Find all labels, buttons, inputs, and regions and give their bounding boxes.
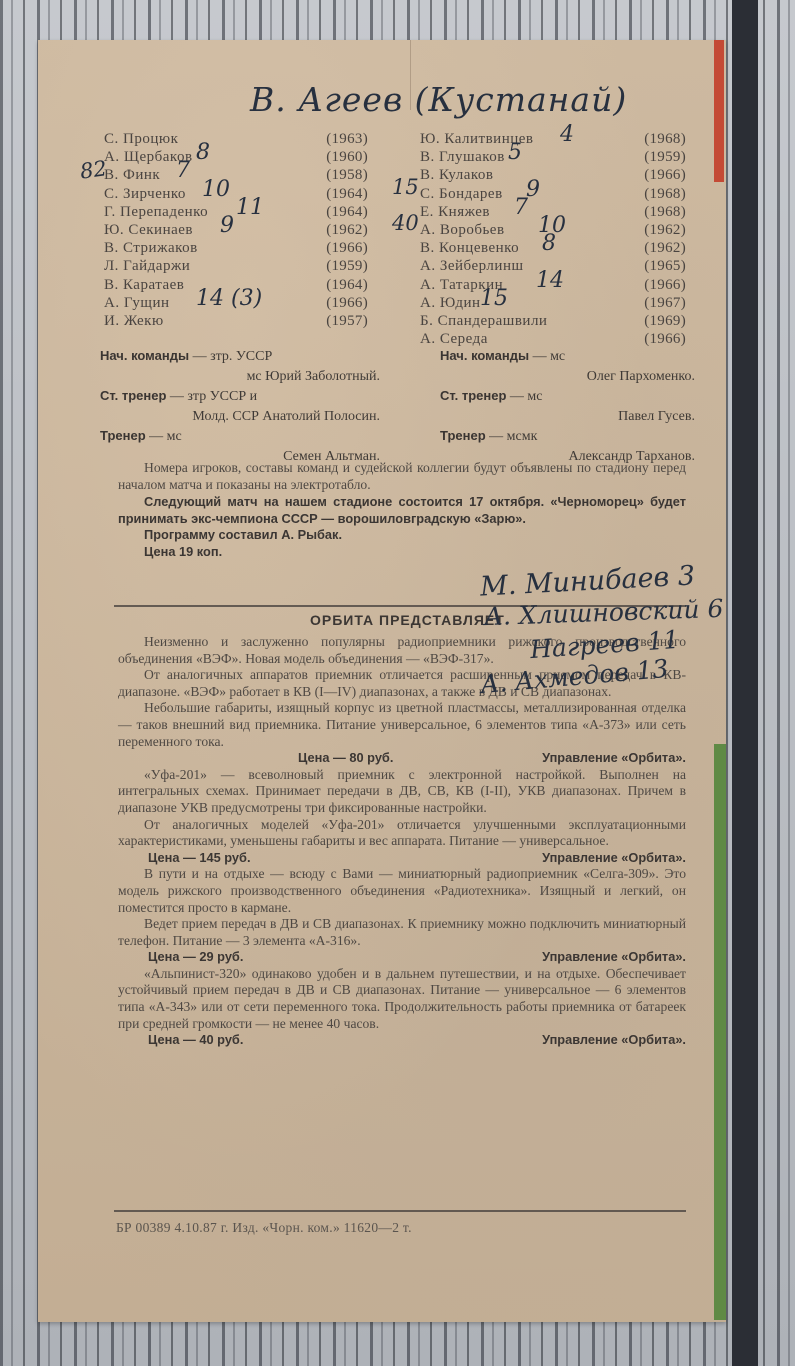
handwritten-shirt-number: 11 — [236, 195, 264, 220]
ad-section-title: ОРБИТА ПРЕДСТАВЛЯЕТ — [310, 612, 505, 628]
price-line-ufa: Цена — 145 руб. Управление «Орбита». — [118, 850, 686, 867]
handwritten-shirt-number: 14 (3) — [196, 286, 262, 311]
price: Цена — 145 руб. — [148, 850, 251, 867]
player-row: А. Щербаков(1960) — [104, 148, 368, 166]
player-row: В. Кулаков(1966) — [420, 166, 686, 184]
handwritten-shirt-number: 5 — [508, 140, 522, 165]
title: мс — [167, 429, 182, 444]
handwritten-header: В. Агеев (Кустанай) — [250, 80, 627, 119]
player-birth-year: (1959) — [644, 148, 686, 166]
title: зтр. УССР — [210, 349, 272, 364]
dash: — — [149, 429, 163, 444]
dash: — — [510, 389, 524, 404]
player-name: А. Юдин — [420, 294, 644, 312]
player-birth-year: (1966) — [644, 166, 686, 184]
player-birth-year: (1968) — [644, 203, 686, 221]
footer-rule — [114, 1210, 686, 1212]
role: Ст. тренер — [100, 388, 166, 403]
handwritten-shirt-number: 10 — [202, 177, 230, 202]
player-birth-year: (1966) — [326, 294, 368, 312]
handwritten-shirt-number: 14 — [536, 268, 564, 293]
person: Олег Пархоменко. — [440, 367, 695, 387]
player-birth-year: (1963) — [326, 130, 368, 148]
player-birth-year: (1958) — [326, 166, 368, 184]
player-name: А. Щербаков — [104, 148, 326, 166]
handwritten-shirt-number: 7 — [514, 195, 528, 220]
handwritten-shirt-number: 9 — [526, 177, 540, 202]
player-name: Е. Княжев — [420, 203, 644, 221]
player-name: Ю. Секинаев — [104, 221, 326, 239]
player-birth-year: (1967) — [644, 294, 686, 312]
handwritten-shirt-number: 4 — [560, 122, 574, 147]
ad-section-body: Неизменно и заслуженно популярны радиопр… — [118, 634, 686, 1049]
player-row: Ю. Секинаев(1962) — [104, 221, 368, 239]
programme-price: Цена 19 коп. — [118, 544, 686, 561]
printer-imprint: БР 00389 4.10.87 г. Изд. «Чорн. ком.» 11… — [116, 1220, 412, 1236]
dash: — — [193, 349, 207, 364]
player-birth-year: (1966) — [644, 276, 686, 294]
seller: Управление «Орбита». — [542, 949, 686, 966]
player-birth-year: (1966) — [326, 239, 368, 257]
price-line-alpinist: Цена — 40 руб. Управление «Орбита». — [118, 1032, 686, 1049]
price: Цена — 29 руб. — [148, 949, 243, 966]
player-birth-year: (1957) — [326, 312, 368, 330]
player-birth-year: (1964) — [326, 276, 368, 294]
ad-paragraph: «Альпинист-320» одинаково удобен и в дал… — [118, 966, 686, 1032]
ad-paragraph: «Уфа-201» — всеволновый приемник с элект… — [118, 767, 686, 817]
player-name: Л. Гайдаржи — [104, 257, 326, 275]
price: Цена — 40 руб. — [148, 1032, 243, 1049]
handwritten-shirt-number: 9 — [220, 213, 234, 238]
title: мсмк — [507, 429, 538, 444]
ad-paragraph: Ведет прием передач в ДВ и СВ диапазонах… — [118, 916, 686, 949]
player-row: В. Глушаков(1959) — [420, 148, 686, 166]
person: Павел Гусев. — [440, 407, 695, 427]
person: Молд. ССР Анатолий Полосин. — [88, 407, 380, 427]
seller: Управление «Орбита». — [542, 850, 686, 867]
staff-right-team: Нач. команды — мс Олег Пархоменко. Ст. т… — [440, 346, 695, 466]
player-birth-year: (1960) — [326, 148, 368, 166]
handwritten-shirt-number: 8 — [542, 231, 556, 256]
title: мс — [527, 389, 542, 404]
handwritten-shirt-number: 7 — [176, 158, 190, 183]
player-row: С. Бондарев(1968) — [420, 185, 686, 203]
role: Ст. тренер — [440, 388, 506, 403]
player-birth-year: (1968) — [644, 130, 686, 148]
seller: Управление «Орбита». — [542, 750, 686, 767]
ad-paragraph: От аналогичных моделей «Уфа-201» отличае… — [118, 817, 686, 850]
player-birth-year: (1962) — [644, 221, 686, 239]
player-birth-year: (1964) — [326, 185, 368, 203]
player-row: Б. Спандерашвили(1969) — [420, 312, 686, 330]
player-name: А. Воробьев — [420, 221, 644, 239]
seller: Управление «Орбита». — [542, 1032, 686, 1049]
next-match-text: Следующий матч на нашем стадионе состоит… — [118, 494, 686, 527]
dash: — — [533, 349, 547, 364]
price-line-selga: Цена — 29 руб. Управление «Орбита». — [118, 949, 686, 966]
player-row: В. Стрижаков(1966) — [104, 239, 368, 257]
player-name: Ю. Калитвинцев — [420, 130, 644, 148]
player-name: А. Зейберлинш — [420, 257, 644, 275]
ad-paragraph: В пути и на отдыхе — всюду с Вами — мини… — [118, 866, 686, 916]
player-name: Б. Спандерашвили — [420, 312, 644, 330]
player-birth-year: (1959) — [326, 257, 368, 275]
player-name: В. Глушаков — [420, 148, 644, 166]
player-name: В. Стрижаков — [104, 239, 326, 257]
handwritten-shirt-number: 15 — [480, 286, 508, 311]
person: мс Юрий Заболотный. — [100, 367, 380, 387]
role: Нач. команды — [100, 348, 189, 363]
role: Нач. команды — [440, 348, 529, 363]
player-row: В. Финк(1958) — [104, 166, 368, 184]
dash: — — [489, 429, 503, 444]
price: Цена — 80 руб. — [298, 750, 393, 767]
announcements-block: Номера игроков, составы команд и судейск… — [118, 460, 686, 561]
compiled-by: Программу составил А. Рыбак. — [118, 527, 686, 544]
staff-left-team: Нач. команды — зтр. УССР мс Юрий Заболот… — [100, 346, 380, 466]
title: мс — [550, 349, 565, 364]
title: зтр УССР и — [187, 389, 257, 404]
green-edge-strip — [714, 744, 726, 1320]
player-row: Л. Гайдаржи(1959) — [104, 257, 368, 275]
ad-paragraph: Небольшие габариты, изящный корпус из цв… — [118, 700, 686, 750]
player-birth-year: (1968) — [644, 185, 686, 203]
price-line-vef: Цена — 80 руб. Управление «Орбита». — [118, 750, 686, 767]
player-birth-year: (1962) — [326, 221, 368, 239]
player-name: С. Процюк — [104, 130, 326, 148]
red-edge-strip — [714, 40, 724, 182]
player-birth-year: (1969) — [644, 312, 686, 330]
handwritten-margin-number: 15 — [392, 175, 419, 199]
role: Тренер — [440, 428, 486, 443]
role: Тренер — [100, 428, 146, 443]
background-dark-band — [732, 0, 758, 1366]
player-row: С. Процюк(1963) — [104, 130, 368, 148]
player-name: И. Жекю — [104, 312, 326, 330]
margin-note-82: 82 — [78, 156, 108, 183]
player-birth-year: (1964) — [326, 203, 368, 221]
handwritten-shirt-number: 8 — [196, 140, 210, 165]
player-row: А. Юдин(1967) — [420, 294, 686, 312]
player-name: В. Концевенко — [420, 239, 644, 257]
player-birth-year: (1965) — [644, 257, 686, 275]
handwritten-margin-number: 40 — [392, 211, 419, 235]
announcement-text: Номера игроков, составы команд и судейск… — [118, 460, 686, 493]
player-row: И. Жекю(1957) — [104, 312, 368, 330]
player-name: А. Татаркин — [420, 276, 644, 294]
dash: — — [170, 389, 184, 404]
player-row: Ю. Калитвинцев(1968) — [420, 130, 686, 148]
player-birth-year: (1962) — [644, 239, 686, 257]
player-name: Г. Перепаденко — [104, 203, 326, 221]
